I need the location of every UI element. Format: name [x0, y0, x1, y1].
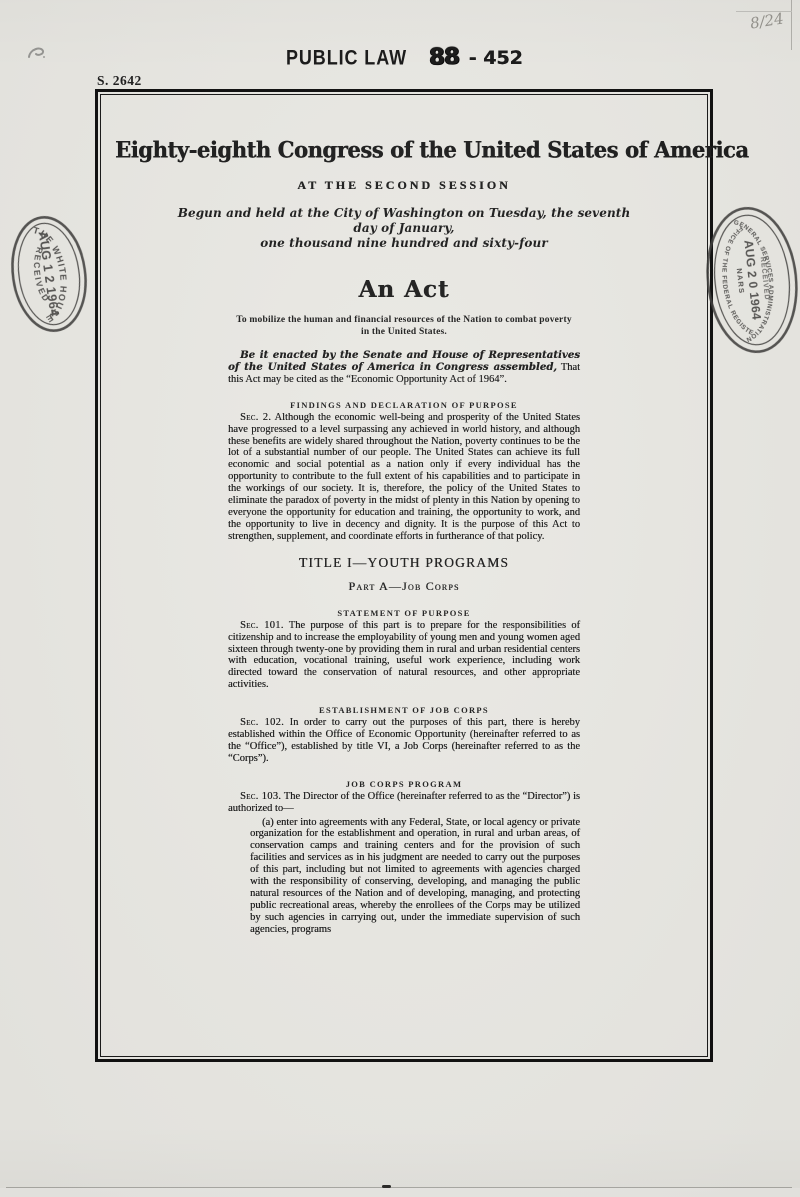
gsa-stamp-agency: NARS [735, 268, 747, 295]
section-2-paragraph: Sec. 2. Although the economic well-being… [228, 412, 580, 543]
scan-artifact-mark [382, 1185, 391, 1188]
session-line: AT THE SECOND SESSION [228, 178, 580, 193]
job-corps-program-heading: JOB CORPS PROGRAM [228, 779, 580, 789]
public-law-prefix: PUBLIC LAW [286, 46, 407, 70]
enacting-clause: Be it enacted by the Senate and House of… [228, 350, 580, 386]
paper-bottom-strip [0, 1188, 800, 1197]
public-law-number-stamp: 88 [429, 43, 460, 70]
section-102-label: Sec. 102. [240, 717, 284, 728]
convening-statement: Begun and held at the City of Washington… [164, 206, 644, 251]
establishment-heading: ESTABLISHMENT OF JOB CORPS [228, 705, 580, 715]
document-border-inner-rule: Eighty-eighth Congress of the United Sta… [100, 94, 708, 1057]
section-2-label: Sec. 2. [240, 412, 271, 423]
statement-of-purpose-heading: STATEMENT OF PURPOSE [228, 608, 580, 618]
act-purpose: To mobilize the human and financial reso… [184, 314, 624, 338]
section-103-paragraph: Sec. 103. The Director of the Office (he… [228, 791, 580, 815]
document-border-box: Eighty-eighth Congress of the United Sta… [95, 89, 713, 1062]
section-103-text: The Director of the Office (hereinafter … [228, 791, 580, 814]
section-101-paragraph: Sec. 101. The purpose of this part is to… [228, 620, 580, 691]
section-103-label: Sec. 103. [240, 791, 281, 802]
bill-number: S. 2642 [97, 73, 142, 89]
handwritten-note: 8/24 [749, 9, 785, 32]
act-purpose-line-1: To mobilize the human and financial reso… [184, 314, 624, 326]
scanned-document-page: 8/24 PUBLIC LAW 88 - 452 S. 2642 Eighty-… [0, 0, 800, 1197]
convening-line-1: Begun and held at the City of Washington… [164, 206, 644, 236]
act-heading: An Act [228, 276, 580, 303]
gsa-received-stamp-icon: GENERAL SERVICES ADMINISTRATION OFFICE O… [698, 201, 800, 360]
paper-bottom-edge [6, 1187, 792, 1188]
ink-smudge-icon [26, 44, 50, 67]
section-2-text: Although the economic well-being and pro… [228, 412, 580, 542]
section-103a-paragraph: (a) enter into agreements with any Feder… [250, 817, 580, 936]
paper-corner-line [791, 0, 792, 50]
section-102-paragraph: Sec. 102. In order to carry out the purp… [228, 717, 580, 765]
document-content: Eighty-eighth Congress of the United Sta… [228, 95, 580, 936]
enacting-clause-italic: Be it enacted by the Senate and House of… [228, 349, 580, 373]
congress-title: Eighty-eighth Congress of the United Sta… [115, 136, 693, 163]
convening-line-2: one thousand nine hundred and sixty-four [164, 236, 644, 251]
public-law-number-suffix: - 452 [469, 47, 523, 69]
title-one-heading: TITLE I—YOUTH PROGRAMS [228, 555, 580, 571]
part-a-heading: Part A—Job Corps [228, 579, 580, 594]
section-101-label: Sec. 101. [240, 620, 284, 631]
act-purpose-line-2: in the United States. [184, 326, 624, 338]
findings-heading: FINDINGS AND DECLARATION OF PURPOSE [228, 400, 580, 410]
white-house-received-stamp-icon: THE WHITE HOUSE RECEIVED AUG 1 2 1964 [2, 208, 96, 340]
public-law-header: PUBLIC LAW 88 - 452 [286, 44, 523, 70]
